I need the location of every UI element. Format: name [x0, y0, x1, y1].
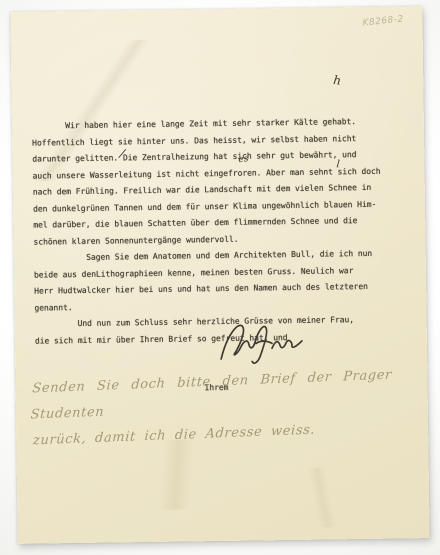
handwritten-postscript: Senden Sie doch bitte den Brief der Prag… [31, 361, 426, 454]
archive-number-annotation: K8268-2 [362, 13, 423, 29]
typed-lines: Wir haben hier eine lange Zeit mit sehr … [32, 113, 413, 349]
signature-stroke [221, 324, 303, 363]
letter-paper: K8268-2 Wir haben hier eine lange Zeit m… [10, 6, 429, 544]
paper-crease [217, 466, 428, 529]
signature [213, 318, 314, 369]
